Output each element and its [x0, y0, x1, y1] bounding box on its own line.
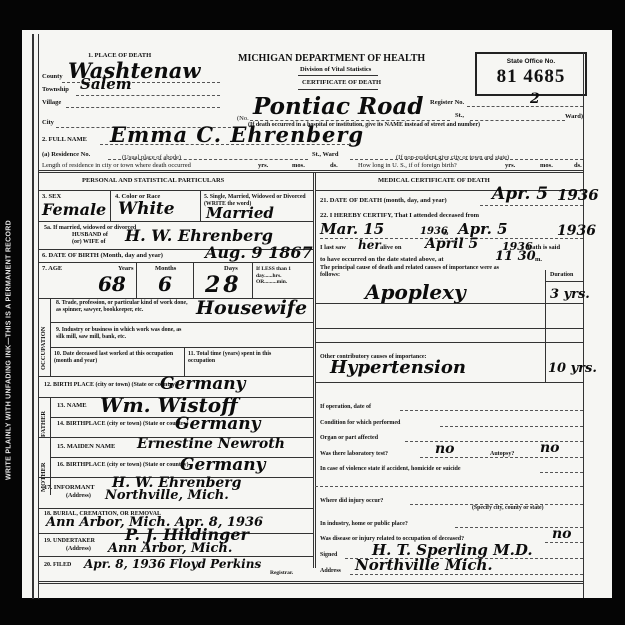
length-residence-label: Length of residence in city or town wher…	[42, 163, 191, 170]
register-label: Register No.	[430, 100, 464, 107]
spouse-value: H. W. Ehrenberg	[125, 228, 273, 244]
attended-to-year: 1936	[557, 224, 596, 238]
us-mos: mos.	[540, 163, 553, 170]
total-time-label: 11. Total time (years) spent in this occ…	[188, 351, 272, 365]
street-value: Pontiac Road	[253, 95, 423, 118]
mother-birthplace-label: 16. BIRTHPLACE (city or town) (State or …	[57, 462, 189, 468]
bottom-divider	[38, 581, 584, 584]
undertaker-label: 19. UNDERTAKER	[44, 538, 95, 544]
row-line	[50, 322, 314, 323]
side-instruction: WRITE PLAINLY WITH UNFADING INK—THIS IS …	[2, 90, 16, 610]
cell-divider	[136, 263, 137, 298]
address-line	[350, 574, 583, 575]
father-name-value: Wm. Wistoff	[100, 395, 238, 415]
other-duration: 10 yrs.	[548, 362, 597, 375]
industry-label: 9. Industry or business in which work wa…	[56, 327, 190, 341]
occupation-line	[545, 542, 583, 543]
duration-divider	[545, 270, 546, 382]
cell-divider	[184, 347, 185, 376]
date-of-death-year: 1936	[557, 188, 599, 203]
street-suffix: St.,	[455, 113, 464, 120]
cell-divider	[50, 397, 51, 495]
occurred-label: to have occurred on the date stated abov…	[320, 257, 444, 264]
city-label: City	[42, 120, 54, 127]
autopsy-value: no	[540, 441, 560, 455]
row-line	[38, 221, 314, 222]
lab-line	[420, 457, 583, 458]
township-value: Salem	[80, 77, 132, 92]
village-line	[66, 107, 220, 108]
father-name-label: 13. NAME	[57, 403, 87, 410]
violence-line-2	[315, 486, 583, 487]
dob-label: 6. DATE OF BIRTH (Month, day and year)	[42, 253, 163, 260]
usual-place-note: (Usual place of abode)	[122, 155, 181, 162]
certificate-title: CERTIFICATE OF DEATH	[302, 79, 381, 86]
age-days-value: 28	[205, 274, 242, 296]
row-line	[38, 508, 314, 509]
other-cause-value: Hypertension	[330, 359, 466, 377]
date-line	[480, 205, 583, 206]
row-line	[315, 342, 583, 343]
informant-address-value: Northville, Mich.	[105, 489, 229, 502]
last-saw-pronoun: her	[358, 239, 381, 251]
undertaker-address-value: Ann Arbor, Mich.	[108, 542, 232, 555]
mother-birthplace-value: Germany	[180, 457, 266, 474]
mother-maiden-label: 15. MAIDEN NAME	[57, 444, 115, 451]
last-saw-label: I last saw	[320, 245, 346, 252]
register-value: 2	[530, 92, 540, 106]
attended-to-value: Apr. 5	[458, 222, 508, 237]
condition-line	[440, 426, 583, 427]
violence-line	[540, 472, 583, 473]
injury-where-label: Where did injury occur?	[320, 498, 383, 504]
left-border	[32, 34, 39, 599]
personal-section-title: PERSONAL AND STATISTICAL PARTICULARS	[82, 177, 224, 184]
cell-divider	[252, 263, 253, 298]
birthplace-label: 12. BIRTH PLACE (city or town) (State or…	[44, 382, 177, 388]
age-years-value: 68	[98, 274, 126, 294]
department-title: MICHIGAN DEPARTMENT OF HEALTH	[238, 53, 425, 64]
address-label: Address	[320, 568, 341, 574]
address-value: Northville Mich.	[355, 558, 493, 573]
sex-value: Female	[42, 202, 106, 218]
township-label: Township	[42, 87, 69, 94]
mother-maiden-value: Ernestine Newroth	[137, 437, 285, 451]
informant-label: 17. INFORMANT	[44, 485, 95, 492]
signed-label: Signed	[320, 552, 337, 558]
row-line	[50, 347, 314, 348]
division-title: Division of Vital Statistics	[300, 66, 371, 73]
operation-line	[400, 410, 583, 411]
organ-label: Organ or part affected	[320, 435, 378, 441]
undertaker-address-label: (Address)	[66, 546, 91, 552]
dob-value: Aug. 9 1867	[205, 245, 313, 261]
side-instruction-text: WRITE PLAINLY WITH UNFADING INK—THIS IS …	[6, 220, 13, 480]
birthplace-value: Germany	[160, 376, 246, 393]
if-less-label: If LESS than 1 day......hrs. OR.........…	[256, 266, 312, 286]
father-birthplace-value: Germany	[175, 416, 261, 433]
trade-value: Housewife	[196, 299, 307, 318]
length-yrs: yrs.	[258, 163, 268, 170]
ward-line	[470, 120, 565, 121]
cause-label: The principal cause of death and related…	[320, 265, 520, 279]
full-name-label: 2. FULL NAME	[42, 137, 87, 144]
row-line	[38, 190, 314, 191]
informant-address-label: (Address)	[66, 493, 91, 499]
occupation-related-value: no	[552, 527, 572, 541]
industry-home-label: In industry, home or public place?	[320, 521, 408, 527]
age-months-value: 6	[158, 274, 172, 294]
right-border	[583, 52, 584, 598]
attended-from-value: Mar. 15	[320, 222, 384, 237]
alive-on-label: alive on	[380, 245, 402, 252]
how-long-label: How long in U. S., if of foreign birth?	[358, 163, 457, 170]
wife-label: (or) WIFE of	[72, 239, 106, 245]
residence-st-ward: St., Ward	[312, 152, 338, 159]
us-yrs: yrs.	[505, 163, 515, 170]
title-rule	[298, 75, 378, 76]
father-birthplace-label: 14. BIRTHPLACE (city or town) (State or …	[57, 421, 189, 427]
row-line	[315, 328, 583, 329]
lab-test-value: no	[435, 442, 455, 456]
length-ds: ds.	[330, 163, 338, 170]
trade-label: 8. Trade, profession, or particular kind…	[56, 300, 190, 314]
cause-duration: 3 yrs.	[550, 288, 590, 301]
village-label: Village	[42, 100, 61, 107]
medical-section-title: MEDICAL CERTIFICATE OF DEATH	[378, 177, 490, 184]
violence-label: In case of violence state if accident, h…	[320, 466, 461, 472]
condition-label: Condition for which performed	[320, 420, 400, 426]
register-line	[467, 106, 583, 107]
section-divider	[38, 170, 584, 173]
occupation-vertical-label: OCCUPATION	[40, 327, 47, 370]
specify-label: (Specify city, county or state)	[472, 506, 544, 512]
lab-test-label: Was there laboratory test?	[320, 451, 388, 457]
full-name-value: Emma C. Ehrenberg	[110, 124, 364, 145]
registrar-label: Registrar.	[270, 571, 293, 577]
cell-divider	[50, 298, 51, 376]
cell-divider	[200, 191, 201, 221]
length-mos: mos.	[292, 163, 305, 170]
filed-label: 20. FILED	[44, 562, 71, 568]
time-value: 11 30	[495, 250, 536, 263]
state-office-box: State Office No. 81 4685	[475, 52, 587, 96]
operation-label: If operation, date of	[320, 404, 371, 410]
ward-suffix: Ward)	[565, 114, 583, 121]
duration-label: Duration	[550, 272, 573, 278]
husband-label: HUSBAND of	[72, 232, 108, 238]
filed-value: Apr. 8, 1936 Floyd Perkins	[84, 558, 261, 570]
marital-value: Married	[206, 206, 274, 221]
row-line	[315, 382, 583, 383]
certify-label: 22. I HEREBY CERTIFY, That I attended de…	[320, 213, 479, 220]
row-line	[545, 281, 583, 282]
spouse-label: 5a. If married, widowed or divorced	[44, 225, 136, 231]
date-of-death-value: Apr. 5	[492, 186, 548, 203]
residence-label: (a) Residence No.	[42, 152, 90, 159]
last-worked-label: 10. Date deceased last worked at this oc…	[54, 351, 184, 365]
age-label: 7. AGE	[42, 266, 62, 273]
cause-value: Apoplexy	[365, 282, 466, 302]
last-saw-date: April 5	[425, 237, 478, 251]
state-office-number: 81 4685	[477, 66, 585, 88]
county-label: County	[42, 74, 63, 81]
row-line	[315, 303, 583, 304]
m-label: m.	[535, 257, 542, 264]
full-name-line	[100, 144, 350, 145]
state-office-label: State Office No.	[477, 58, 585, 65]
cell-divider	[110, 191, 111, 221]
nonresident-note: (If non-resident give city or town and s…	[396, 155, 509, 162]
township-line	[76, 95, 220, 96]
father-vertical-label: FATHER	[40, 411, 47, 437]
row-line	[38, 262, 314, 263]
color-value: White	[118, 201, 175, 218]
street-line	[250, 120, 450, 121]
title-rule	[298, 89, 378, 90]
cell-divider	[193, 263, 194, 298]
date-of-death-label: 21. DATE OF DEATH (month, day, and year)	[320, 198, 447, 205]
us-ds: ds.	[574, 163, 582, 170]
